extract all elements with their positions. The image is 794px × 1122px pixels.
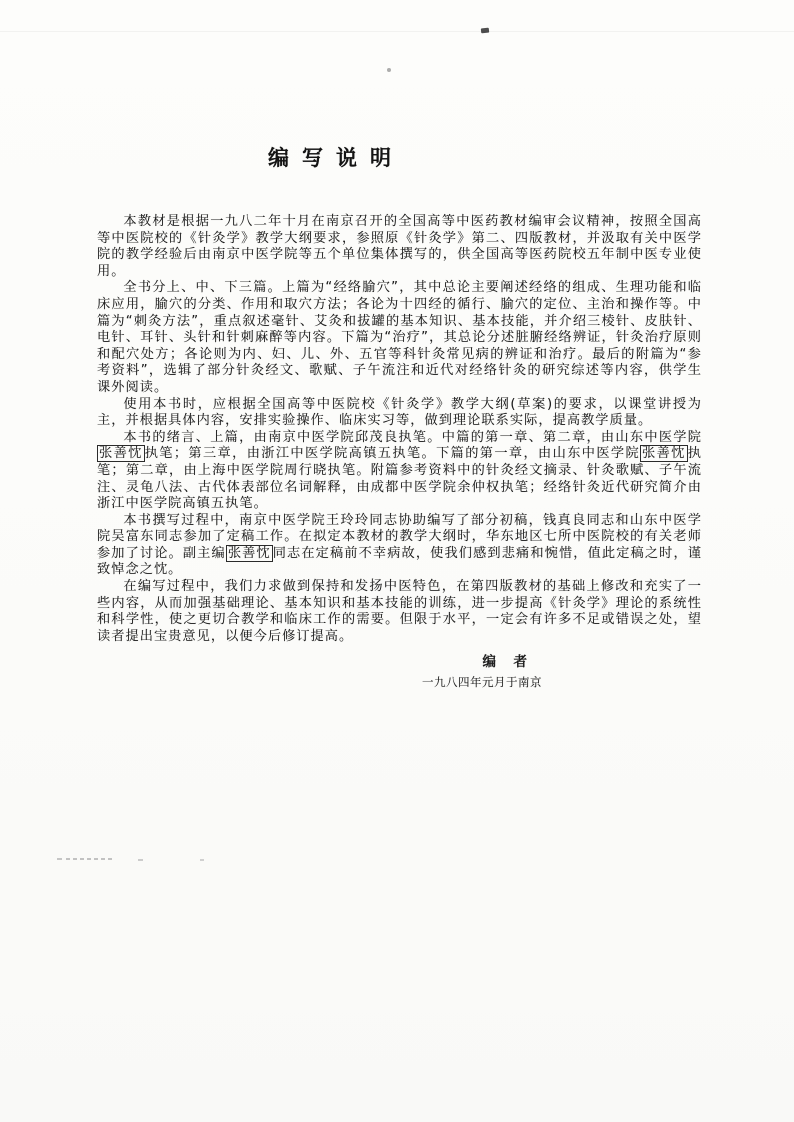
text-segment: 在编写过程中，我们力求做到保持和发扬中医特色，在第四版教材的基础上修改和充实了一… [97,579,702,644]
signature-byline: 编 者 [97,654,702,671]
margin-dash-artifact [200,859,204,861]
text-segment: 使用本书时，应根据全国高等中医院校《针灸学》教学大纲(草案)的要求，以课堂讲授为… [97,397,702,429]
paragraph: 本书的绪言、上篇，由南京中医学院邱茂良执笔。中篇的第一章、第二章，由山东中医学院… [97,430,702,513]
signature-block: 编 者 一九八四年元月于南京 [97,654,702,690]
margin-dash-artifact [57,858,62,860]
text-segment: 执笔；第三章，由浙江中医学院高镇五执笔。下篇的第一章，由山东中医学院 [145,446,640,461]
boxed-name: 张善忱 [640,445,688,462]
body-text: 本教材是根据一九八二年十月在南京召开的全国高等中医药教材编审会议精神，按照全国高… [97,214,702,645]
text-segment: 本书的绪言、上篇，由南京中医学院邱茂良执笔。中篇的第一章、第二章，由山东中医学院 [123,430,702,445]
paragraph: 本书撰写过程中，南京中医学院王玲玲同志协助编写了部分初稿，钱真良同志和山东中医学… [97,513,702,579]
paragraph: 使用本书时，应根据全国高等中医院校《针灸学》教学大纲(草案)的要求，以课堂讲授为… [97,397,702,430]
scan-line-artifact [0,31,794,32]
paragraph: 本教材是根据一九八二年十月在南京召开的全国高等中医药教材编审会议精神，按照全国高… [97,214,702,280]
signature-date: 一九八四年元月于南京 [97,675,702,690]
margin-dash-artifact [138,859,143,861]
dot-speck-artifact [387,68,391,72]
boxed-name: 张善忱 [97,445,145,462]
page-title: 编写说明 [268,146,702,170]
paragraph: 在编写过程中，我们力求做到保持和发扬中医特色，在第四版教材的基础上修改和充实了一… [97,579,702,645]
boxed-name: 张善忱 [226,545,273,562]
ink-speck-artifact [481,28,489,34]
document-content: 编写说明 本教材是根据一九八二年十月在南京召开的全国高等中医药教材编审会议精神，… [97,146,702,690]
text-segment: 全书分上、中、下三篇。上篇为“经络腧穴”，其中总论主要阐述经络的组成、生理功能和… [97,280,702,395]
paragraph: 全书分上、中、下三篇。上篇为“经络腧穴”，其中总论主要阐述经络的组成、生理功能和… [97,280,702,396]
scanned-book-page: { "colors": { "ink": "#1c1c1c", "paper":… [0,0,794,1122]
margin-dash-artifact [66,858,114,860]
text-segment: 本教材是根据一九八二年十月在南京召开的全国高等中医药教材编审会议精神，按照全国高… [97,214,702,279]
